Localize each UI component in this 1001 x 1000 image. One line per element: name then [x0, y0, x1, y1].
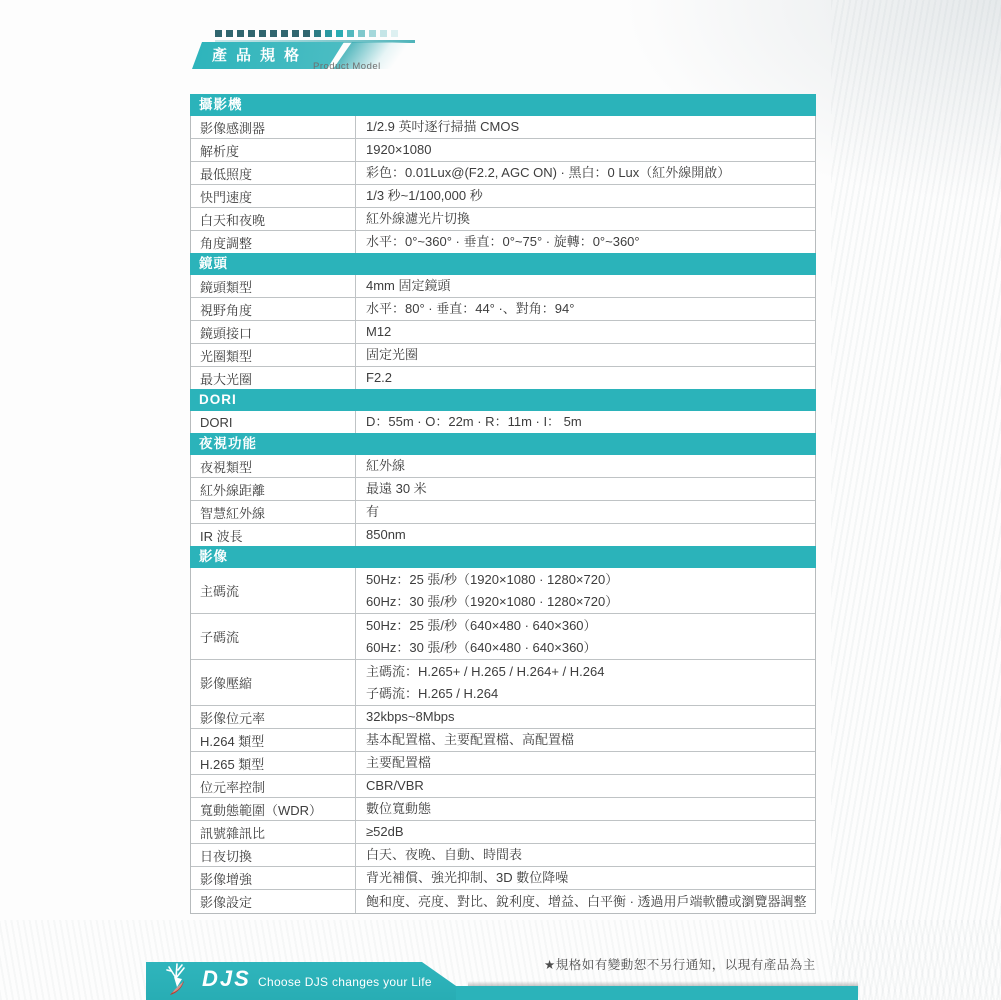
spec-value-line: 最遠 30 米 — [366, 478, 815, 500]
decor-square-icon — [215, 30, 222, 37]
spec-value: 32kbps~8Mbps — [356, 706, 815, 728]
spec-value-line: 1/2.9 英吋逐行掃描 CMOS — [366, 116, 815, 138]
disclaimer-text: ★規格如有變動恕不另行通知，以現有產品為主 — [544, 955, 816, 973]
spec-label: H.264 類型 — [191, 729, 356, 751]
spec-row: 影像設定飽和度、亮度、對比、銳利度、增益、白平衡 · 透過用戶端軟體或瀏覽器調整 — [191, 890, 815, 913]
spec-row: 主碼流50Hz：25 張/秒（1920×1080 · 1280×720）60Hz… — [191, 568, 815, 614]
spec-label: 鏡頭類型 — [191, 275, 356, 297]
spec-value: M12 — [356, 321, 815, 343]
spec-value: 背光補償、強光抑制、3D 數位降噪 — [356, 867, 815, 889]
spec-value-line: 子碼流：H.265 / H.264 — [366, 683, 815, 705]
spec-label: 日夜切換 — [191, 844, 356, 866]
spec-row: 影像壓縮主碼流：H.265+ / H.265 / H.264+ / H.264子… — [191, 660, 815, 706]
spec-label: 光圈類型 — [191, 344, 356, 366]
spec-row: 白天和夜晚紅外線濾光片切換 — [191, 208, 815, 231]
spec-value-line: 水平：0°~360° · 垂直：0°~75° · 旋轉：0°~360° — [366, 231, 815, 253]
spec-value-line: 固定光圈 — [366, 344, 815, 366]
spec-row: 光圈類型固定光圈 — [191, 344, 815, 367]
spec-value-line: 彩色：0.01Lux@(F2.2, AGC ON) · 黑白：0 Lux（紅外線… — [366, 162, 815, 184]
spec-table: 攝影機影像感測器1/2.9 英吋逐行掃描 CMOS解析度1920×1080最低照… — [190, 95, 816, 914]
spec-label: 白天和夜晚 — [191, 208, 356, 230]
spec-label: 角度調整 — [191, 231, 356, 253]
spec-label: H.265 類型 — [191, 752, 356, 774]
spec-value-line: 60Hz：30 張/秒（1920×1080 · 1280×720） — [366, 591, 815, 613]
spec-value: ≥52dB — [356, 821, 815, 843]
decor-square-icon — [303, 30, 310, 37]
spec-row: H.264 類型基本配置檔、主要配置檔、高配置檔 — [191, 729, 815, 752]
spec-label: 影像位元率 — [191, 706, 356, 728]
spec-value-line: 數位寬動態 — [366, 798, 815, 820]
decor-square-icon — [226, 30, 233, 37]
spec-row: 影像感測器1/2.9 英吋逐行掃描 CMOS — [191, 116, 815, 139]
spec-label: 影像設定 — [191, 890, 356, 913]
spec-row: 位元率控制CBR/VBR — [191, 775, 815, 798]
spec-label: 快門速度 — [191, 185, 356, 207]
spec-row: 影像增強背光補償、強光抑制、3D 數位降噪 — [191, 867, 815, 890]
spec-label: 影像壓縮 — [191, 660, 356, 705]
spec-label: DORI — [191, 411, 356, 433]
spec-value: 850nm — [356, 524, 815, 546]
spec-row: DORID：55m · O：22m · R：11m · I： 5m — [191, 411, 815, 434]
spec-value: 1920×1080 — [356, 139, 815, 161]
spec-value-line: 1/3 秒~1/100,000 秒 — [366, 185, 815, 207]
spec-label: 最大光圈 — [191, 367, 356, 389]
decor-square-icon — [380, 30, 387, 37]
spec-value: 1/2.9 英吋逐行掃描 CMOS — [356, 116, 815, 138]
spec-row: 子碼流50Hz：25 張/秒（640×480 · 640×360）60Hz：30… — [191, 614, 815, 660]
decor-square-icon — [369, 30, 376, 37]
spec-row: 解析度1920×1080 — [191, 139, 815, 162]
spec-value-line: D：55m · O：22m · R：11m · I： 5m — [366, 411, 815, 433]
spec-value-line: CBR/VBR — [366, 775, 815, 797]
spec-row: 智慧紅外線有 — [191, 501, 815, 524]
spec-label: 智慧紅外線 — [191, 501, 356, 523]
decor-square-icon — [237, 30, 244, 37]
decor-square-icon — [325, 30, 332, 37]
spec-row: 鏡頭接口M12 — [191, 321, 815, 344]
spec-value: 有 — [356, 501, 815, 523]
spec-value: 固定光圈 — [356, 344, 815, 366]
spec-label: 視野角度 — [191, 298, 356, 320]
spec-value: 水平：80° · 垂直：44° ·、對角：94° — [356, 298, 815, 320]
spec-value: 水平：0°~360° · 垂直：0°~75° · 旋轉：0°~360° — [356, 231, 815, 253]
spec-label: 寬動態範圍（WDR） — [191, 798, 356, 820]
spec-value-line: 32kbps~8Mbps — [366, 706, 815, 728]
section-header: 攝影機 — [190, 94, 816, 116]
spec-value-line: 水平：80° · 垂直：44° ·、對角：94° — [366, 298, 815, 320]
spec-value-line: 紅外線濾光片切換 — [366, 208, 815, 230]
spec-value-line: 基本配置檔、主要配置檔、高配置檔 — [366, 729, 815, 751]
spec-label: 最低照度 — [191, 162, 356, 184]
spec-row: H.265 類型主要配置檔 — [191, 752, 815, 775]
spec-value: 彩色：0.01Lux@(F2.2, AGC ON) · 黑白：0 Lux（紅外線… — [356, 162, 815, 184]
spec-value: 紅外線 — [356, 455, 815, 477]
spec-label: 訊號雜訊比 — [191, 821, 356, 843]
section-header: 夜視功能 — [190, 433, 816, 455]
decor-square-icon — [248, 30, 255, 37]
spec-row: 紅外線距離最遠 30 米 — [191, 478, 815, 501]
decor-square-icon — [292, 30, 299, 37]
spec-value: 數位寬動態 — [356, 798, 815, 820]
spec-row: 鏡頭類型4mm 固定鏡頭 — [191, 275, 815, 298]
spec-value-line: 有 — [366, 501, 815, 523]
decor-square-icon — [336, 30, 343, 37]
spec-value: 最遠 30 米 — [356, 478, 815, 500]
deer-logo-icon — [164, 962, 198, 998]
decor-square-icon — [281, 30, 288, 37]
spec-value: 基本配置檔、主要配置檔、高配置檔 — [356, 729, 815, 751]
section-header: DORI — [190, 389, 816, 411]
spec-value: 50Hz：25 張/秒（1920×1080 · 1280×720）60Hz：30… — [356, 568, 815, 613]
spec-label: 紅外線距離 — [191, 478, 356, 500]
spec-label: IR 波長 — [191, 524, 356, 546]
spec-value-line: 主要配置檔 — [366, 752, 815, 774]
spec-value: 紅外線濾光片切換 — [356, 208, 815, 230]
spec-label: 夜視類型 — [191, 455, 356, 477]
spec-label: 影像增強 — [191, 867, 356, 889]
spec-value: 50Hz：25 張/秒（640×480 · 640×360）60Hz：30 張/… — [356, 614, 815, 659]
spec-value-line: 60Hz：30 張/秒（640×480 · 640×360） — [366, 637, 815, 659]
spec-value-line: 白天、夜晚、自動、時間表 — [366, 844, 815, 866]
spec-row: IR 波長850nm — [191, 524, 815, 547]
background-texture — [831, 0, 1001, 1000]
spec-value-line: 4mm 固定鏡頭 — [366, 275, 815, 297]
spec-value-line: 背光補償、強光抑制、3D 數位降噪 — [366, 867, 815, 889]
spec-value-line: ≥52dB — [366, 821, 815, 843]
spec-value: 1/3 秒~1/100,000 秒 — [356, 185, 815, 207]
spec-sheet-page: 產品規格 Product Model 攝影機影像感測器1/2.9 英吋逐行掃描 … — [0, 0, 1001, 1000]
brand-slogan: Choose DJS changes your Life — [258, 975, 432, 989]
spec-value-line: M12 — [366, 321, 815, 343]
spec-value-line: 飽和度、亮度、對比、銳利度、增益、白平衡 · 透過用戶端軟體或瀏覽器調整 — [366, 891, 815, 913]
spec-row: 最低照度彩色：0.01Lux@(F2.2, AGC ON) · 黑白：0 Lux… — [191, 162, 815, 185]
spec-row: 快門速度1/3 秒~1/100,000 秒 — [191, 185, 815, 208]
spec-row: 訊號雜訊比≥52dB — [191, 821, 815, 844]
spec-row: 夜視類型紅外線 — [191, 455, 815, 478]
spec-label: 鏡頭接口 — [191, 321, 356, 343]
spec-value: 白天、夜晚、自動、時間表 — [356, 844, 815, 866]
spec-value: CBR/VBR — [356, 775, 815, 797]
section-header: 鏡頭 — [190, 253, 816, 275]
spec-value: 飽和度、亮度、對比、銳利度、增益、白平衡 · 透過用戶端軟體或瀏覽器調整 — [356, 890, 815, 913]
decor-squares-icon — [215, 30, 398, 38]
spec-value-line: 50Hz：25 張/秒（640×480 · 640×360） — [366, 615, 815, 637]
section-header: 影像 — [190, 546, 816, 568]
spec-row: 最大光圈F2.2 — [191, 367, 815, 390]
spec-value-line: 850nm — [366, 524, 815, 546]
spec-value-line: F2.2 — [366, 367, 815, 389]
decor-square-icon — [259, 30, 266, 37]
spec-value: 主要配置檔 — [356, 752, 815, 774]
spec-row: 寬動態範圍（WDR）數位寬動態 — [191, 798, 815, 821]
spec-value: D：55m · O：22m · R：11m · I： 5m — [356, 411, 815, 433]
decor-square-icon — [347, 30, 354, 37]
spec-row: 視野角度水平：80° · 垂直：44° ·、對角：94° — [191, 298, 815, 321]
spec-label: 位元率控制 — [191, 775, 356, 797]
spec-row: 日夜切換白天、夜晚、自動、時間表 — [191, 844, 815, 867]
decor-square-icon — [391, 30, 398, 37]
spec-label: 子碼流 — [191, 614, 356, 659]
spec-value: 4mm 固定鏡頭 — [356, 275, 815, 297]
decor-square-icon — [270, 30, 277, 37]
spec-value: 主碼流：H.265+ / H.265 / H.264+ / H.264子碼流：H… — [356, 660, 815, 705]
brand-logo-text: DJS — [202, 966, 251, 992]
spec-label: 主碼流 — [191, 568, 356, 613]
spec-value-line: 50Hz：25 張/秒（1920×1080 · 1280×720） — [366, 569, 815, 591]
spec-label: 解析度 — [191, 139, 356, 161]
spec-row: 影像位元率32kbps~8Mbps — [191, 706, 815, 729]
page-subtitle: Product Model — [313, 61, 381, 72]
spec-row: 角度調整水平：0°~360° · 垂直：0°~75° · 旋轉：0°~360° — [191, 231, 815, 254]
decor-square-icon — [358, 30, 365, 37]
spec-value-line: 主碼流：H.265+ / H.265 / H.264+ / H.264 — [366, 661, 815, 683]
spec-value: F2.2 — [356, 367, 815, 389]
spec-value-line: 1920×1080 — [366, 139, 815, 161]
spec-label: 影像感測器 — [191, 116, 356, 138]
footer-teal-bar — [456, 986, 858, 1000]
spec-value-line: 紅外線 — [366, 455, 815, 477]
decor-square-icon — [314, 30, 321, 37]
